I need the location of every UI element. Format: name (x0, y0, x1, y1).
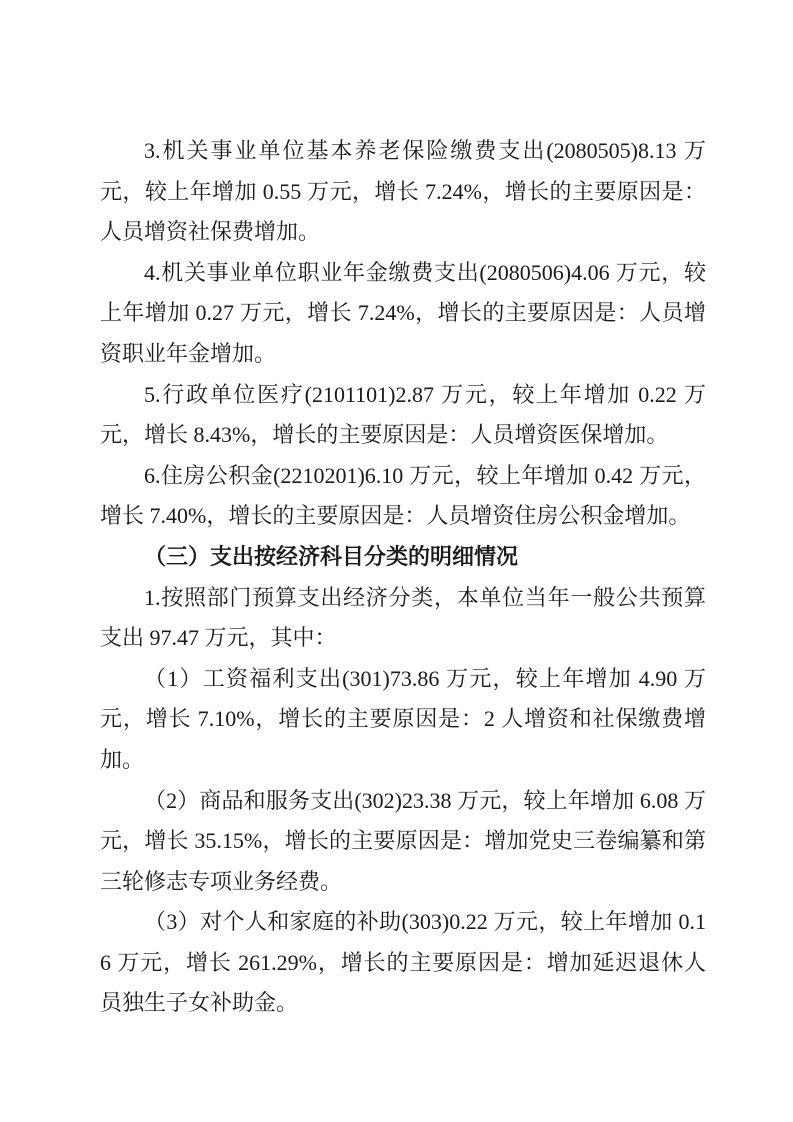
paragraph-individual-family-subsidy: （3）对个人和家庭的补助(303)0.22 万元，较上年增加 0.16 万元，增… (100, 902, 706, 1024)
paragraph-occupational-annuity: 4.机关事业单位职业年金缴费支出(2080506)4.06 万元，较上年增加 0… (100, 253, 706, 375)
paragraph-housing-fund: 6.住房公积金(2210201)6.10 万元，较上年增加 0.42 万元，增长… (100, 456, 706, 537)
section-heading-economic-classification: （三）支出按经济科目分类的明细情况 (100, 537, 706, 578)
paragraph-economic-classification-intro: 1.按照部门预算支出经济分类，本单位当年一般公共预算支出 97.47 万元，其中… (100, 578, 706, 659)
paragraph-pension-contribution: 3.机关事业单位基本养老保险缴费支出(2080505)8.13 万元，较上年增加… (100, 131, 706, 253)
document-page: 3.机关事业单位基本养老保险缴费支出(2080505)8.13 万元，较上年增加… (0, 0, 793, 1122)
paragraph-goods-services: （2）商品和服务支出(302)23.38 万元，较上年增加 6.08 万元，增长… (100, 781, 706, 903)
paragraph-medical: 5.行政单位医疗(2101101)2.87 万元，较上年增加 0.22 万元，增… (100, 375, 706, 456)
document-body: 3.机关事业单位基本养老保险缴费支出(2080505)8.13 万元，较上年增加… (100, 131, 706, 1024)
paragraph-wages-welfare: （1）工资福利支出(301)73.86 万元，较上年增加 4.90 万元，增长 … (100, 659, 706, 781)
